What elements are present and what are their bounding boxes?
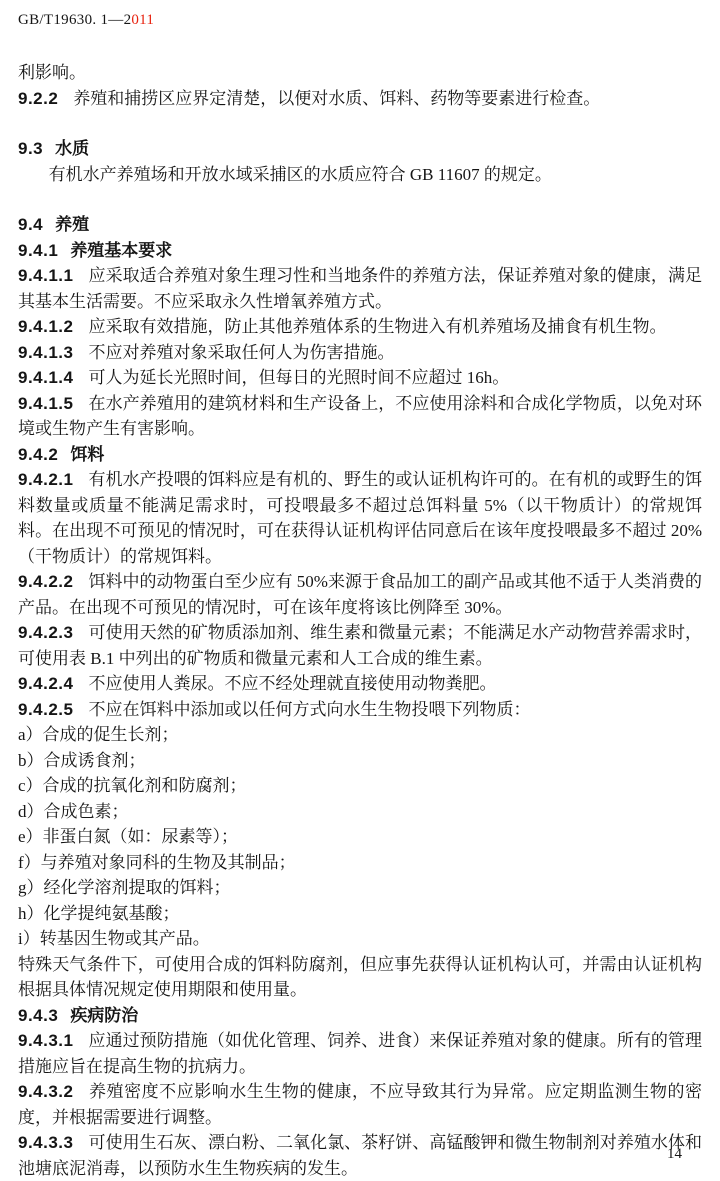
section-number: 9.4.3 xyxy=(18,1006,58,1025)
document-page: GB/T19630. 1—2011 利影响。9.2.2养殖和捕捞区应界定清楚，以… xyxy=(0,0,720,1181)
section-title: 水质 xyxy=(55,139,89,158)
clause-number: 9.4.2.3 xyxy=(18,623,74,642)
clause-text: 不应在饵料中添加或以任何方式向水生生物投喂下列物质： xyxy=(89,700,531,719)
clause-text: 养殖和捕捞区应界定清楚，以便对水质、饵料、药物等要素进行检查。 xyxy=(73,89,600,108)
clause-paragraph: 9.4.1.2应采取有效措施，防止其他养殖体系的生物进入有机养殖场及捕食有机生物… xyxy=(18,314,702,340)
section-heading: 9.3水质 xyxy=(18,136,702,162)
section-heading: 9.4.3疾病防治 xyxy=(18,1003,702,1029)
clause-text: 可人为延长光照时间，但每日的光照时间不应超过 16h。 xyxy=(89,368,510,387)
document-header: GB/T19630. 1—2011 xyxy=(18,10,702,30)
document-body: 利影响。9.2.2养殖和捕捞区应界定清楚，以便对水质、饵料、药物等要素进行检查。… xyxy=(18,60,702,1181)
paragraph: 有机水产养殖场和开放水域采捕区的水质应符合 GB 11607 的规定。 xyxy=(18,162,702,188)
clause-paragraph: 9.4.2.3可使用天然的矿物质添加剂、维生素和微量元素；不能满足水产动物营养需… xyxy=(18,620,702,671)
list-item: d）合成色素； xyxy=(18,799,702,825)
clause-paragraph: 9.4.1.5在水产养殖用的建筑材料和生产设备上，不应使用涂料和合成化学物质，以… xyxy=(18,391,702,442)
section-heading: 9.4.2饵料 xyxy=(18,442,702,468)
section-number: 9.4 xyxy=(18,215,43,234)
clause-text: 有机水产投喂的饵料应是有机的、野生的或认证机构许可的。在有机的或野生的饵料数量或… xyxy=(18,470,702,566)
clause-paragraph: 9.4.2.4不应使用人粪尿。不应不经处理就直接使用动物粪肥。 xyxy=(18,671,702,697)
section-heading: 9.4.1养殖基本要求 xyxy=(18,238,702,264)
clause-paragraph: 9.4.2.5不应在饵料中添加或以任何方式向水生生物投喂下列物质： xyxy=(18,697,702,723)
clause-paragraph: 9.4.2.1有机水产投喂的饵料应是有机的、野生的或认证机构许可的。在有机的或野… xyxy=(18,467,702,569)
section-title: 疾病防治 xyxy=(70,1006,138,1025)
list-item: h）化学提纯氨基酸； xyxy=(18,901,702,927)
clause-number: 9.4.2.4 xyxy=(18,674,74,693)
clause-number: 9.4.1.2 xyxy=(18,317,74,336)
section-heading: 9.4养殖 xyxy=(18,212,702,238)
clause-number: 9.4.2.5 xyxy=(18,700,74,719)
clause-paragraph: 9.4.1.3不应对养殖对象采取任何人为伤害措施。 xyxy=(18,340,702,366)
clause-text: 养殖密度不应影响水生生物的健康，不应导致其行为异常。应定期监测生物的密度，并根据… xyxy=(18,1082,702,1127)
section-number: 9.3 xyxy=(18,139,43,158)
clause-text: 应采取适合养殖对象生理习性和当地条件的养殖方法，保证养殖对象的健康，满足其基本生… xyxy=(18,266,702,311)
clause-number: 9.4.1.3 xyxy=(18,343,74,362)
clause-text: 不应使用人粪尿。不应不经处理就直接使用动物粪肥。 xyxy=(89,674,497,693)
clause-paragraph: 9.4.1.1应采取适合养殖对象生理习性和当地条件的养殖方法，保证养殖对象的健康… xyxy=(18,263,702,314)
page-number: 14 xyxy=(667,1146,682,1163)
section-number: 9.4.2 xyxy=(18,445,58,464)
clause-text: 饵料中的动物蛋白至少应有 50%来源于食品加工的副产品或其他不适于人类消费的产品… xyxy=(18,572,702,617)
clause-paragraph: 9.4.1.4可人为延长光照时间，但每日的光照时间不应超过 16h。 xyxy=(18,365,702,391)
list-item: i）转基因生物或其产品。 xyxy=(18,926,702,952)
paragraph: 特殊天气条件下，可使用合成的饵料防腐剂，但应事先获得认证机构认可，并需由认证机构… xyxy=(18,952,702,1003)
clause-number: 9.4.1.5 xyxy=(18,394,74,413)
clause-number: 9.4.2.1 xyxy=(18,470,74,489)
clause-text: 可使用天然的矿物质添加剂、维生素和微量元素；不能满足水产动物营养需求时，可使用表… xyxy=(18,623,702,668)
list-item: e）非蛋白氮（如：尿素等）； xyxy=(18,824,702,850)
clause-text: 不应对养殖对象采取任何人为伤害措施。 xyxy=(89,343,395,362)
paragraph: 利影响。 xyxy=(18,60,702,86)
clause-number: 9.2.2 xyxy=(18,89,58,108)
section-title: 养殖基本要求 xyxy=(70,241,172,260)
list-item: c）合成的抗氧化剂和防腐剂； xyxy=(18,773,702,799)
clause-number: 9.4.1.1 xyxy=(18,266,74,285)
clause-text: 在水产养殖用的建筑材料和生产设备上，不应使用涂料和合成化学物质，以免对环境或生物… xyxy=(18,394,702,439)
clause-paragraph: 9.4.3.1应通过预防措施（如优化管理、饲养、进食）来保证养殖对象的健康。所有… xyxy=(18,1028,702,1079)
clause-paragraph: 9.2.2养殖和捕捞区应界定清楚，以便对水质、饵料、药物等要素进行检查。 xyxy=(18,86,702,112)
clause-number: 9.4.3.1 xyxy=(18,1031,74,1050)
clause-number: 9.4.1.4 xyxy=(18,368,74,387)
clause-number: 9.4.3.2 xyxy=(18,1082,74,1101)
clause-text: 应采取有效措施，防止其他养殖体系的生物进入有机养殖场及捕食有机生物。 xyxy=(89,317,667,336)
section-title: 养殖 xyxy=(55,215,89,234)
clause-text: 可使用生石灰、漂白粉、二氧化氯、茶籽饼、高锰酸钾和微生物制剂对养殖水体和池塘底泥… xyxy=(18,1133,702,1178)
list-item: b）合成诱食剂； xyxy=(18,748,702,774)
clause-paragraph: 9.4.2.2饵料中的动物蛋白至少应有 50%来源于食品加工的副产品或其他不适于… xyxy=(18,569,702,620)
list-item: a）合成的促生长剂； xyxy=(18,722,702,748)
clause-paragraph: 9.4.3.2养殖密度不应影响水生生物的健康，不应导致其行为异常。应定期监测生物… xyxy=(18,1079,702,1130)
clause-number: 9.4.3.3 xyxy=(18,1133,74,1152)
section-number: 9.4.1 xyxy=(18,241,58,260)
section-title: 饵料 xyxy=(70,445,104,464)
list-item: g）经化学溶剂提取的饵料； xyxy=(18,875,702,901)
clause-number: 9.4.2.2 xyxy=(18,572,74,591)
clause-text: 应通过预防措施（如优化管理、饲养、进食）来保证养殖对象的健康。所有的管理措施应旨… xyxy=(18,1031,702,1076)
list-item: f）与养殖对象同科的生物及其制品； xyxy=(18,850,702,876)
standard-number: GB/T19630. 1—2 xyxy=(18,12,131,28)
standard-number-year: 011 xyxy=(131,12,154,28)
clause-paragraph: 9.4.3.3可使用生石灰、漂白粉、二氧化氯、茶籽饼、高锰酸钾和微生物制剂对养殖… xyxy=(18,1130,702,1181)
